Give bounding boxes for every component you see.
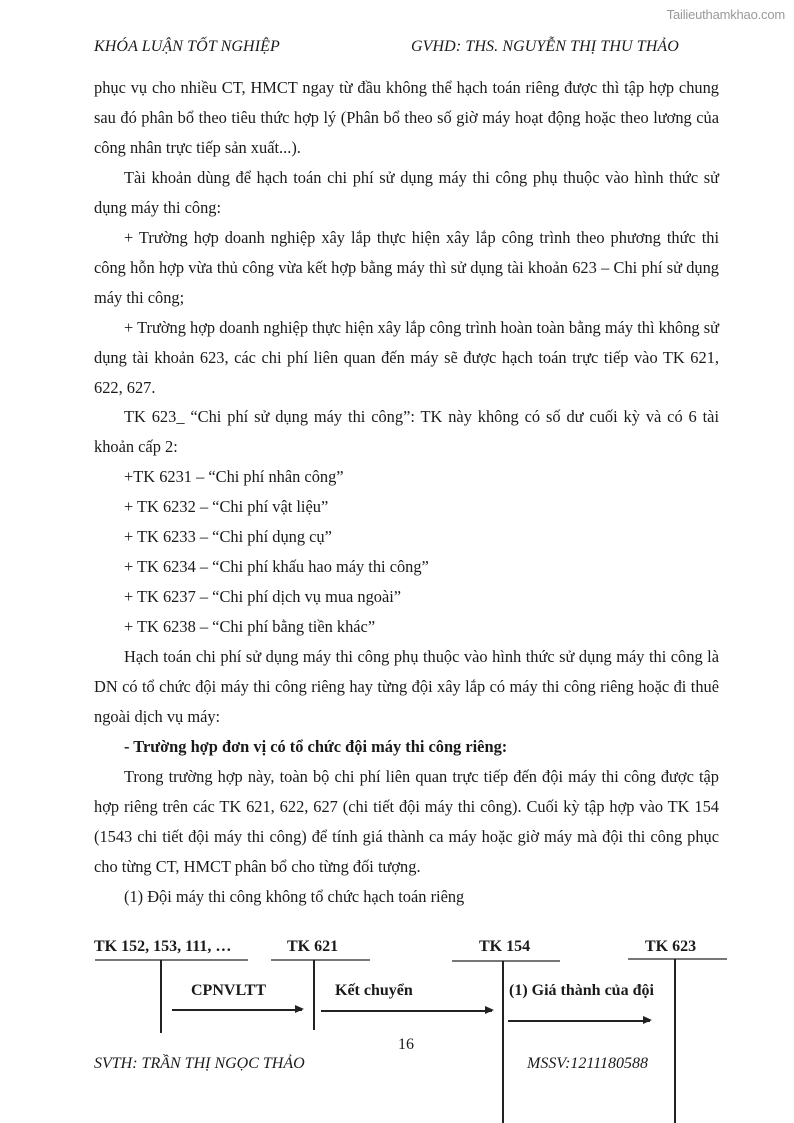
footer-student: SVTH: TRẦN THỊ NGỌC THẢO — [94, 1055, 305, 1073]
list-item: + TK 6237 – “Chi phí dịch vụ mua ngoài” — [94, 582, 719, 612]
paragraph: Tài khoản dùng để hạch toán chi phí sử d… — [94, 163, 719, 223]
account-tk621-divider — [313, 960, 315, 1030]
arrow-right-icon — [321, 1010, 492, 1012]
paragraph: phục vụ cho nhiều CT, HMCT ngay từ đầu k… — [94, 73, 719, 163]
account-tk154-divider — [502, 961, 504, 1123]
list-item: +TK 6231 – “Chi phí nhân công” — [94, 462, 719, 492]
list-item: + TK 6238 – “Chi phí bằng tiền khác” — [94, 612, 719, 642]
page-number: 16 — [398, 1036, 414, 1054]
account-tk621-line — [271, 959, 370, 961]
paragraph: TK 623_ “Chi phí sử dụng máy thi công”: … — [94, 402, 719, 462]
flow-label-gia-thanh: (1) Giá thành của đội — [509, 982, 654, 1000]
list-item: + TK 6232 – “Chi phí vật liệu” — [94, 492, 719, 522]
paragraph: - Trường hợp đơn vị có tổ chức đội máy t… — [94, 732, 719, 762]
header-supervisor: GVHD: THS. NGUYỄN THỊ THU THẢO — [411, 38, 679, 56]
flow-label-ket-chuyen: Kết chuyển — [335, 982, 413, 1000]
watermark: Tailieuthamkhao.com — [667, 7, 785, 22]
account-tk621: TK 621 — [287, 938, 338, 956]
arrow-right-icon — [508, 1020, 650, 1022]
header-thesis-title: KHÓA LUẬN TỐT NGHIỆP — [94, 38, 280, 56]
account-tk154: TK 154 — [479, 938, 530, 956]
paragraph: (1) Đội máy thi công không tổ chức hạch … — [94, 882, 719, 912]
account-tk152-divider — [160, 960, 162, 1033]
list-item: + TK 6233 – “Chi phí dụng cụ” — [94, 522, 719, 552]
paragraph: Hạch toán chi phí sử dụng máy thi công p… — [94, 642, 719, 732]
list-item: + TK 6234 – “Chi phí khấu hao máy thi cô… — [94, 552, 719, 582]
account-tk154-line — [452, 960, 560, 962]
arrow-right-icon — [172, 1009, 302, 1011]
paragraph: + Trường hợp doanh nghiệp thực hiện xây … — [94, 313, 719, 403]
account-tk152: TK 152, 153, 111, … — [94, 938, 231, 956]
account-tk623-line — [628, 958, 727, 960]
flow-label-cpnvltt: CPNVLTT — [191, 982, 266, 1000]
body-text: phục vụ cho nhiều CT, HMCT ngay từ đầu k… — [94, 73, 719, 912]
footer-student-id: MSSV:1211180588 — [527, 1055, 648, 1073]
paragraph: + Trường hợp doanh nghiệp xây lắp thực h… — [94, 223, 719, 313]
account-tk623: TK 623 — [645, 938, 696, 956]
account-tk152-line — [95, 959, 248, 961]
account-tk623-divider — [674, 959, 676, 1123]
paragraph: Trong trường hợp này, toàn bộ chi phí li… — [94, 762, 719, 882]
